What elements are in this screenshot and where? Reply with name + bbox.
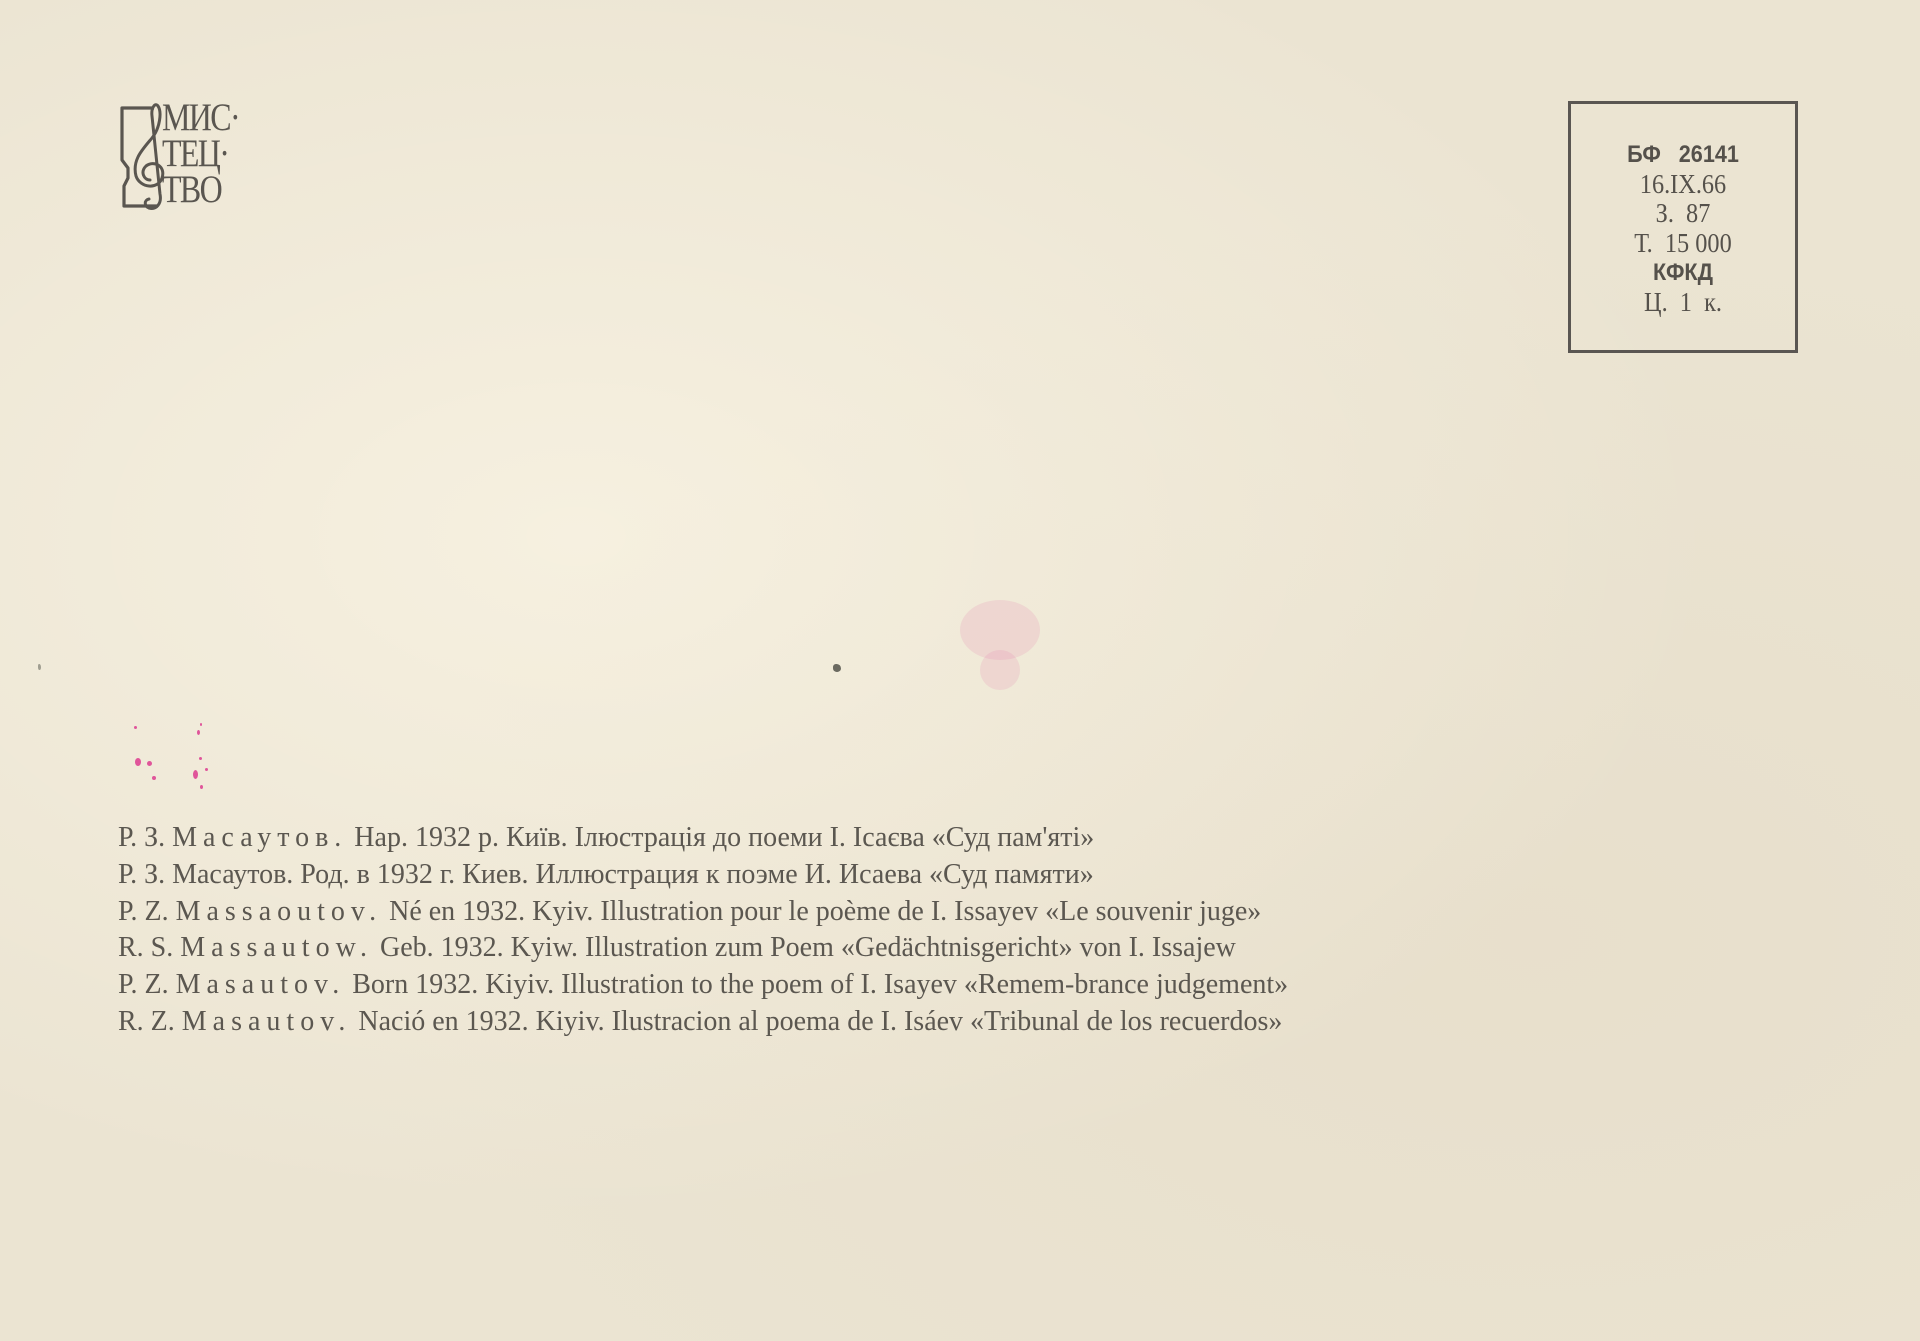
imprint-print-run: Т. 15 000: [1582, 229, 1784, 259]
caption-artist-name: Масаутов.: [172, 822, 347, 853]
caption-text: Род. в 1932 г. Киев. Иллюстрация к поэме…: [300, 859, 1093, 890]
caption-initials: Р. З.: [118, 859, 165, 890]
imprint-box: БФ 26141 16.IX.66 З. 87 Т. 15 000 КФКД Ц…: [1568, 101, 1798, 353]
caption-artist-name: Masautov.: [182, 1006, 352, 1037]
logo-line-3: ТВО: [162, 172, 239, 208]
caption-artist-name: Massaoutov.: [176, 896, 383, 927]
caption-initials: R. S.: [118, 932, 173, 963]
ink-speck: [833, 664, 841, 672]
caption-french: P. Z. Massaoutov. Né en 1932. Kyiv. Illu…: [118, 894, 1364, 931]
caption-artist-name: Massautow.: [180, 932, 373, 963]
caption-initials: P. Z.: [118, 969, 169, 1000]
caption-text: Born 1932. Kiyiv. Illustration to the po…: [352, 969, 1288, 1000]
caption-russian: Р. З. Масаутов. Род. в 1932 г. Киев. Илл…: [118, 857, 1364, 894]
caption-english: P. Z. Masautov. Born 1932. Kiyiv. Illust…: [118, 967, 1364, 1004]
logo-text: МИС· ТЕЦ· ТВО: [162, 100, 239, 208]
logo-line-1: МИС·: [162, 100, 239, 136]
caption-german: R. S. Massautow. Geb. 1932. Kyiw. Illust…: [118, 930, 1364, 967]
logo-line-2: ТЕЦ·: [162, 136, 239, 172]
imprint-printer: КФКД: [1582, 258, 1784, 288]
caption-text: Nació en 1932. Kiyiv. Ilustracion al poe…: [358, 1006, 1282, 1037]
ink-speck: [38, 664, 41, 670]
imprint-order: З. 87: [1582, 199, 1784, 229]
caption-initials: P. Z.: [118, 896, 169, 927]
caption-initials: Р. З.: [118, 822, 165, 853]
imprint-code: БФ 26141: [1582, 140, 1784, 170]
caption-text: Geb. 1932. Kyiw. Illustration zum Poem «…: [380, 932, 1236, 963]
caption-text: Нар. 1932 р. Київ. Ілюстрація до поеми І…: [354, 822, 1094, 853]
caption-artist-name: Масаутов.: [172, 859, 293, 890]
imprint-price: Ц. 1 к.: [1582, 288, 1784, 318]
caption-ukrainian: Р. З. Масаутов. Нар. 1932 р. Київ. Ілюст…: [118, 820, 1364, 857]
caption-spanish: R. Z. Masautov. Nació en 1932. Kiyiv. Il…: [118, 1004, 1364, 1041]
artwork-captions: Р. З. Масаутов. Нар. 1932 р. Київ. Ілюст…: [118, 820, 1364, 1041]
publisher-logo: МИС· ТЕЦ· ТВО: [118, 98, 278, 214]
caption-initials: R. Z.: [118, 1006, 175, 1037]
caption-artist-name: Masautov.: [176, 969, 346, 1000]
imprint-date: 16.IX.66: [1582, 170, 1784, 200]
caption-text: Né en 1932. Kyiv. Illustration pour le p…: [389, 896, 1261, 927]
imprint-lines: БФ 26141 16.IX.66 З. 87 Т. 15 000 КФКД Ц…: [1571, 140, 1795, 317]
